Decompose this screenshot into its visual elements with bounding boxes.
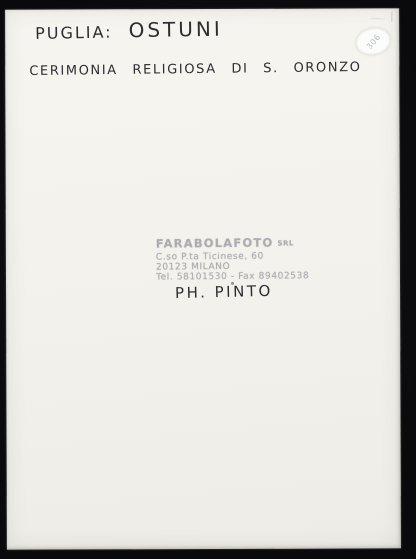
photo-verso-card: PUGLIA:OSTUNI CERIMONIA RELIGIOSA DI S. … [5, 8, 401, 549]
stamp-company-name: FARABOLAFOTO [156, 236, 274, 251]
handwritten-photographer-credit: PH. PINTO [175, 282, 273, 302]
region-label: PUGLIA: [35, 23, 113, 43]
location-name: OSTUNI [128, 17, 223, 43]
archive-sticker-number: 306 [364, 32, 382, 51]
stamp-company-suffix: SRL [277, 239, 293, 247]
stamp-company-line: FARABOLAFOTOSRL [156, 235, 309, 250]
pencil-smudge-marks [371, 11, 397, 24]
stamp-contacts: Tel. 58101530 - Fax 89402538 [156, 271, 309, 282]
archive-sticker: 306 [354, 25, 393, 58]
agency-stamp: FARABOLAFOTOSRL C.so P.ta Ticinese, 60 2… [156, 235, 310, 282]
handwritten-location-line: PUGLIA:OSTUNI [35, 17, 223, 44]
handwritten-caption-line: CERIMONIA RELIGIOSA DI S. ORONZO [29, 60, 361, 79]
